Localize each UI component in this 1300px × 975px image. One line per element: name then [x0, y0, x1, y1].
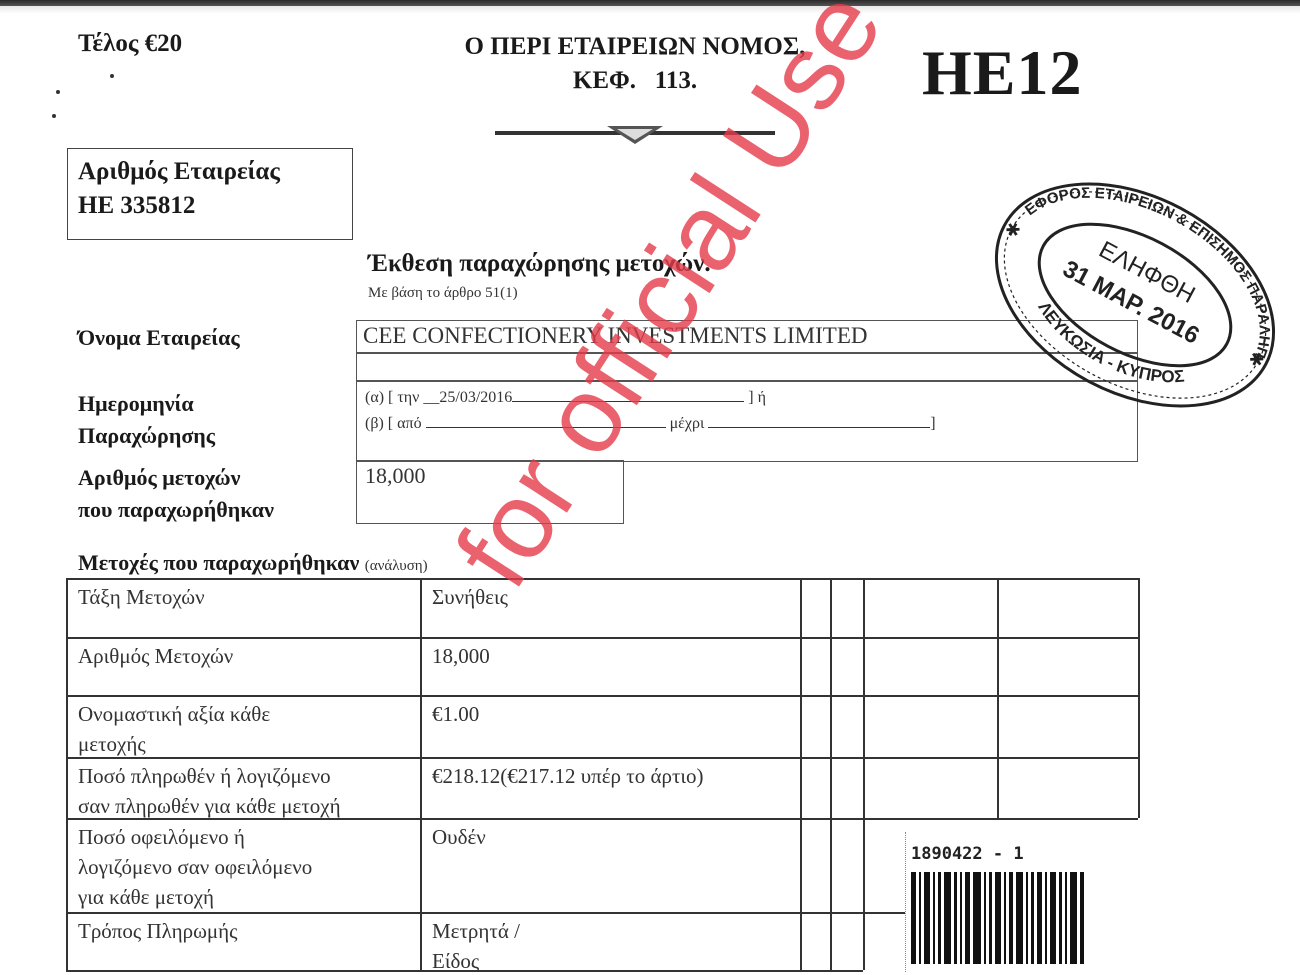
registrar-stamp-icon: ΕΦΟΡΟΣ ΕΤΑΙΡΕΙΩΝ & ΕΠΙΣΗΜΟΣ ΠΑΡΑΛΗΠΤΗΣ Λ…: [975, 165, 1295, 425]
law-line-2: ΚΕΦ. 113.: [380, 64, 890, 98]
barcode-label: 1890422 - 1: [905, 830, 1145, 975]
table-row-value[interactable]: €1.00: [432, 699, 479, 729]
table-rule: [420, 578, 422, 970]
table-rule: [66, 578, 68, 970]
form-subtitle: Με βάση το άρθρο 51(1): [368, 285, 518, 302]
table-row-value[interactable]: Συνήθεις: [432, 582, 508, 612]
scan-speck: [56, 90, 60, 94]
shares-count-label: Αριθμός μετοχών που παραχωρήθηκαν: [78, 462, 274, 526]
date-a-prefix: (α) [ την __: [365, 389, 439, 406]
table-row-value[interactable]: 18,000: [432, 641, 490, 671]
fee-label: Τέλος €20: [78, 30, 182, 58]
table-rule: [830, 578, 832, 970]
table-rule: [66, 637, 1138, 639]
form-code: HE12: [922, 36, 1082, 110]
svg-text:✱: ✱: [1001, 218, 1024, 243]
table-rule: [1138, 578, 1140, 818]
table-row-value[interactable]: Μετρητά /Είδος: [432, 916, 520, 975]
allotment-date-label: Ημερομηνία Παραχώρησης: [78, 388, 215, 452]
allotment-title-note: (ανάλυση): [365, 558, 428, 574]
ornament-divider-icon: [495, 124, 775, 148]
barcode-border: [905, 832, 906, 972]
table-row-label: Ονομαστική αξία κάθεμετοχής: [78, 699, 270, 759]
table-row-value[interactable]: €218.12(€217.12 υπέρ το άρτιο): [432, 761, 704, 791]
barcode-number: 1890422 - 1: [911, 844, 1024, 864]
company-registration-box: Αριθμός Εταιρείας HE 335812: [67, 148, 353, 240]
window-top-shadow: [0, 6, 1300, 14]
table-row-value[interactable]: Ουδέν: [432, 822, 486, 852]
allotment-date-label-line-2: Παραχώρησης: [78, 420, 215, 452]
allotment-table-title: Μετοχές που παραχωρήθηκαν (ανάλυση): [78, 550, 428, 576]
allotment-date-label-line-1: Ημερομηνία: [78, 388, 215, 420]
table-rule: [66, 912, 905, 914]
table-rule: [66, 578, 1138, 580]
table-rule: [800, 578, 802, 970]
table-rule: [863, 578, 865, 970]
date-b-from-blank[interactable]: [426, 411, 666, 428]
company-name-label: Όνομα Εταιρείας: [78, 322, 240, 354]
law-line-1: Ο ΠΕΡΙ ΕΤΑΙΡΕΙΩΝ ΝΟΜΟΣ,: [380, 30, 890, 64]
table-row-label: Αριθμός Μετοχών: [78, 641, 233, 671]
registration-number: HE 335812: [78, 189, 342, 223]
date-b-prefix: (β) [ από: [365, 415, 422, 432]
table-rule: [997, 578, 999, 818]
table-row-label: Τρόπος Πληρωμής: [78, 916, 237, 946]
date-b-until-blank[interactable]: [708, 411, 930, 428]
table-row-label: Ποσό οφειλόμενο ήλογιζόμενο σαν οφειλόμε…: [78, 822, 312, 912]
shares-count-label-line-2: που παραχωρήθηκαν: [78, 494, 274, 526]
date-a-value[interactable]: 25/03/2016: [439, 389, 512, 406]
scan-speck: [52, 114, 56, 118]
date-b-suffix: ]: [930, 415, 935, 432]
registration-label: Αριθμός Εταιρείας: [78, 155, 342, 189]
allotment-title-text: Μετοχές που παραχωρήθηκαν: [78, 550, 359, 575]
law-heading: Ο ΠΕΡΙ ΕΤΑΙΡΕΙΩΝ ΝΟΜΟΣ, ΚΕΦ. 113.: [380, 30, 890, 98]
barcode-icon: [911, 872, 1101, 964]
shares-count-field[interactable]: 18,000: [356, 460, 624, 524]
form-title: Έκθεση παραχώρησης μετοχών.: [368, 250, 711, 278]
date-b-until-label: μέχρι: [670, 415, 705, 432]
scan-speck: [110, 74, 114, 78]
date-a-blank: [512, 385, 744, 402]
date-a-suffix: ] ή: [748, 389, 766, 406]
shares-count-label-line-1: Αριθμός μετοχών: [78, 462, 274, 494]
table-row-label: Τάξη Μετοχών: [78, 582, 205, 612]
table-rule: [66, 695, 1138, 697]
table-row-label: Ποσό πληρωθέν ή λογιζόμενοσαν πληρωθέν γ…: [78, 761, 341, 821]
